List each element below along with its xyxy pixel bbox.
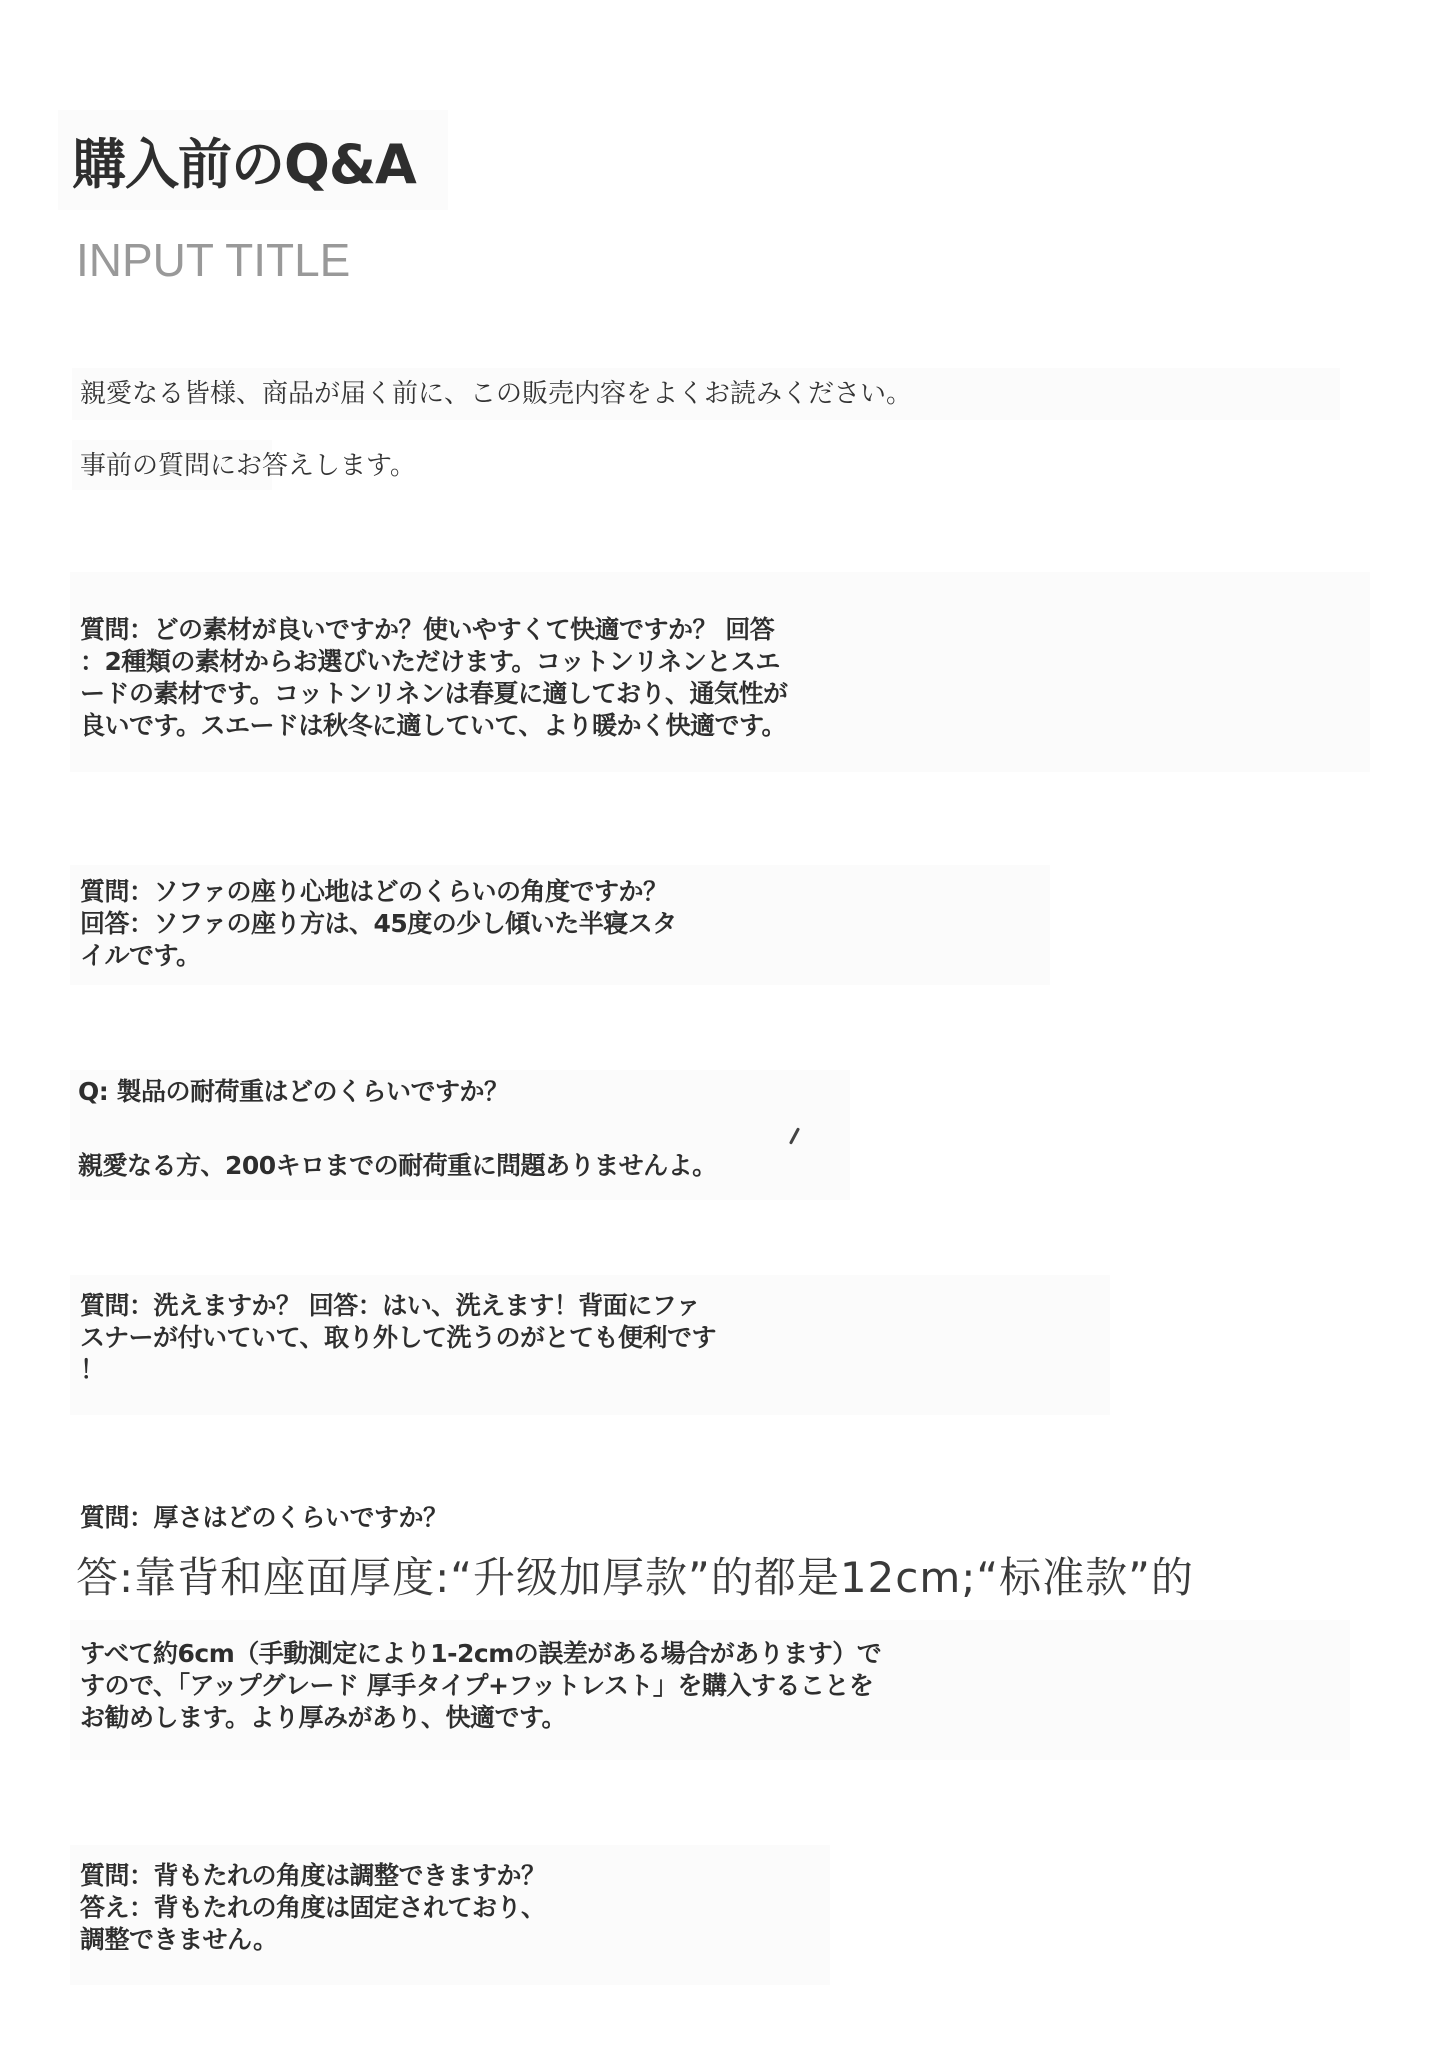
qa-line: 質問：ソファの座り心地はどのくらいの角度ですか？ [80, 876, 677, 908]
qa-line: 質問：どの素材が良いですか？使いやすくて快適ですか？ 回答 [80, 614, 788, 646]
qa-question-load: Q: 製品の耐荷重はどのくらいですか？ [78, 1076, 508, 1108]
qa-item-seat-angle: 質問：ソファの座り心地はどのくらいの角度ですか？ 回答：ソファの座り方は、45度… [80, 876, 677, 972]
qa-line: 質問：背もたれの角度は調整できますか？ [80, 1860, 546, 1892]
qa-line: 良いです。スエードは秋冬に適していて、より暖かく快適です。 [80, 710, 788, 742]
page-subtitle: INPUT TITLE [76, 232, 350, 288]
qa-line: すので、「アップグレード 厚手タイプ+フットレスト」を購入することを [80, 1670, 881, 1702]
qa-line: ードの素材です。コットンリネンは春夏に適しており、通気性が [80, 678, 788, 710]
qa-line: イルです。 [80, 940, 677, 972]
qa-line: 調整できません。 [80, 1924, 546, 1956]
qa-line: 回答：ソファの座り方は、45度の少し傾いた半寝スタ [80, 908, 677, 940]
qa-answer-load: 親愛なる方、200キロまでの耐荷重に問題ありませんよ。 [78, 1150, 717, 1182]
qa-line: スナーが付いていて、取り外して洗うのがとても便利です [80, 1322, 716, 1354]
qa-answer-thickness: すべて約6cm（手動測定により1-2cmの誤差がある場合があります）で すので、… [80, 1638, 881, 1734]
qa-line: 質問：洗えますか？ 回答：はい、洗えます！背面にファ [80, 1290, 716, 1322]
intro-subtext: 事前の質問にお答えします。 [80, 448, 416, 484]
qa-line: ！ [80, 1354, 716, 1386]
qa-line: ：2種類の素材からお選びいただけます。コットンリネンとスエ [80, 646, 788, 678]
qa-item-backrest: 質問：背もたれの角度は調整できますか？ 答え：背もたれの角度は固定されており、 … [80, 1860, 546, 1956]
qa-item-washable: 質問：洗えますか？ 回答：はい、洗えます！背面にファ スナーが付いていて、取り外… [80, 1290, 716, 1386]
intro-greeting: 親愛なる皆様、商品が届く前に、この販売内容をよくお読みください。 [80, 376, 912, 412]
qa-line: お勧めします。より厚みがあり、快適です。 [80, 1702, 881, 1734]
qa-answer-thickness-cn: 答:靠背和座面厚度:“升级加厚款”的都是12cm;“标准款”的 [76, 1552, 1194, 1604]
qa-question-thickness: 質問：厚さはどのくらいですか？ [80, 1502, 448, 1534]
qa-line: すべて約6cm（手動測定により1-2cmの誤差がある場合があります）で [80, 1638, 881, 1670]
qa-line: 答え：背もたれの角度は固定されており、 [80, 1892, 546, 1924]
page-title: 購入前のQ&A [72, 130, 416, 200]
qa-item-material: 質問：どの素材が良いですか？使いやすくて快適ですか？ 回答 ：2種類の素材からお… [80, 614, 788, 742]
